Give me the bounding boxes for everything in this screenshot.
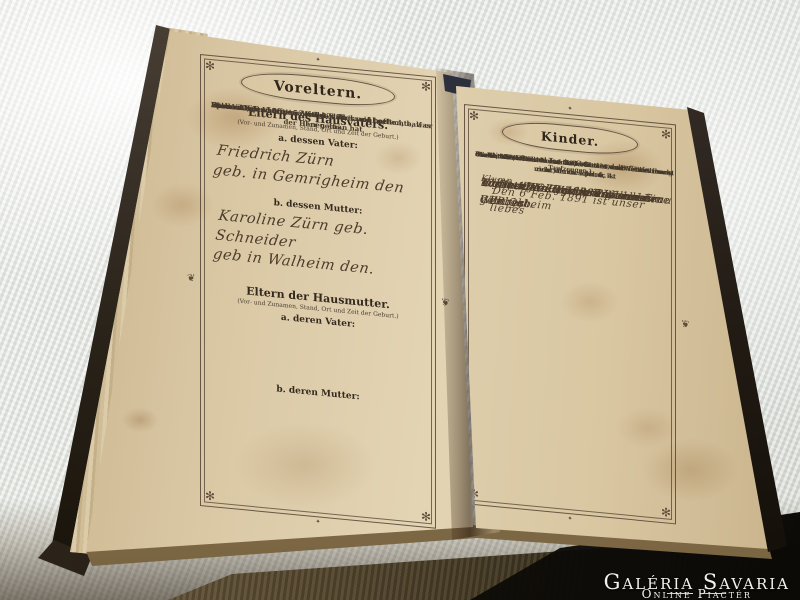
watermark: Galéria Savaria Online Piactér — [604, 571, 790, 594]
cartouche-accent-icon: ✦ — [567, 516, 572, 522]
right-page-frame: ✻ ✻ ✻ ✻ ❦ Kinder. ❦ ✦ ✦ Siehe, Kinder si… — [464, 104, 676, 524]
watermark-subtitle: Online Piactér — [642, 587, 752, 600]
cartouche-accent-icon: ✦ — [567, 106, 572, 112]
cartouche-accent-icon: ✦ — [315, 519, 320, 525]
right-title-cartouche: ❦ Kinder. ❦ ✦ ✦ — [502, 119, 639, 158]
flourish-icon: ❦ — [681, 320, 689, 331]
left-page-content: ❦ Voreltern. ❦ ✦ ✦ Gedenke der vorigen Z… — [201, 55, 435, 528]
photo-scene: ✻ ✻ ✻ ✻ ❦ Voreltern. ❦ ✦ ✦ Gedenke der v… — [0, 0, 800, 600]
left-page-title: Voreltern. — [274, 78, 362, 103]
right-scripture: Siehe, Kinder sind eine Gabe Gottes, und… — [475, 150, 665, 168]
right-page-title: Kinder. — [541, 128, 599, 149]
flourish-icon: ❦ — [187, 274, 195, 285]
left-scripture: Gedenke der vorigen Zeit bis daher und b… — [211, 100, 425, 121]
cartouche-accent-icon: ✦ — [315, 57, 320, 63]
right-page-content: ❦ Kinder. ❦ ✦ ✦ Siehe, Kinder sind eine … — [465, 105, 675, 523]
left-page-frame: ✻ ✻ ✻ ✻ ❦ Voreltern. ❦ ✦ ✦ Gedenke der v… — [200, 54, 436, 529]
left-title-cartouche: ❦ Voreltern. ❦ ✦ ✦ — [241, 69, 395, 110]
